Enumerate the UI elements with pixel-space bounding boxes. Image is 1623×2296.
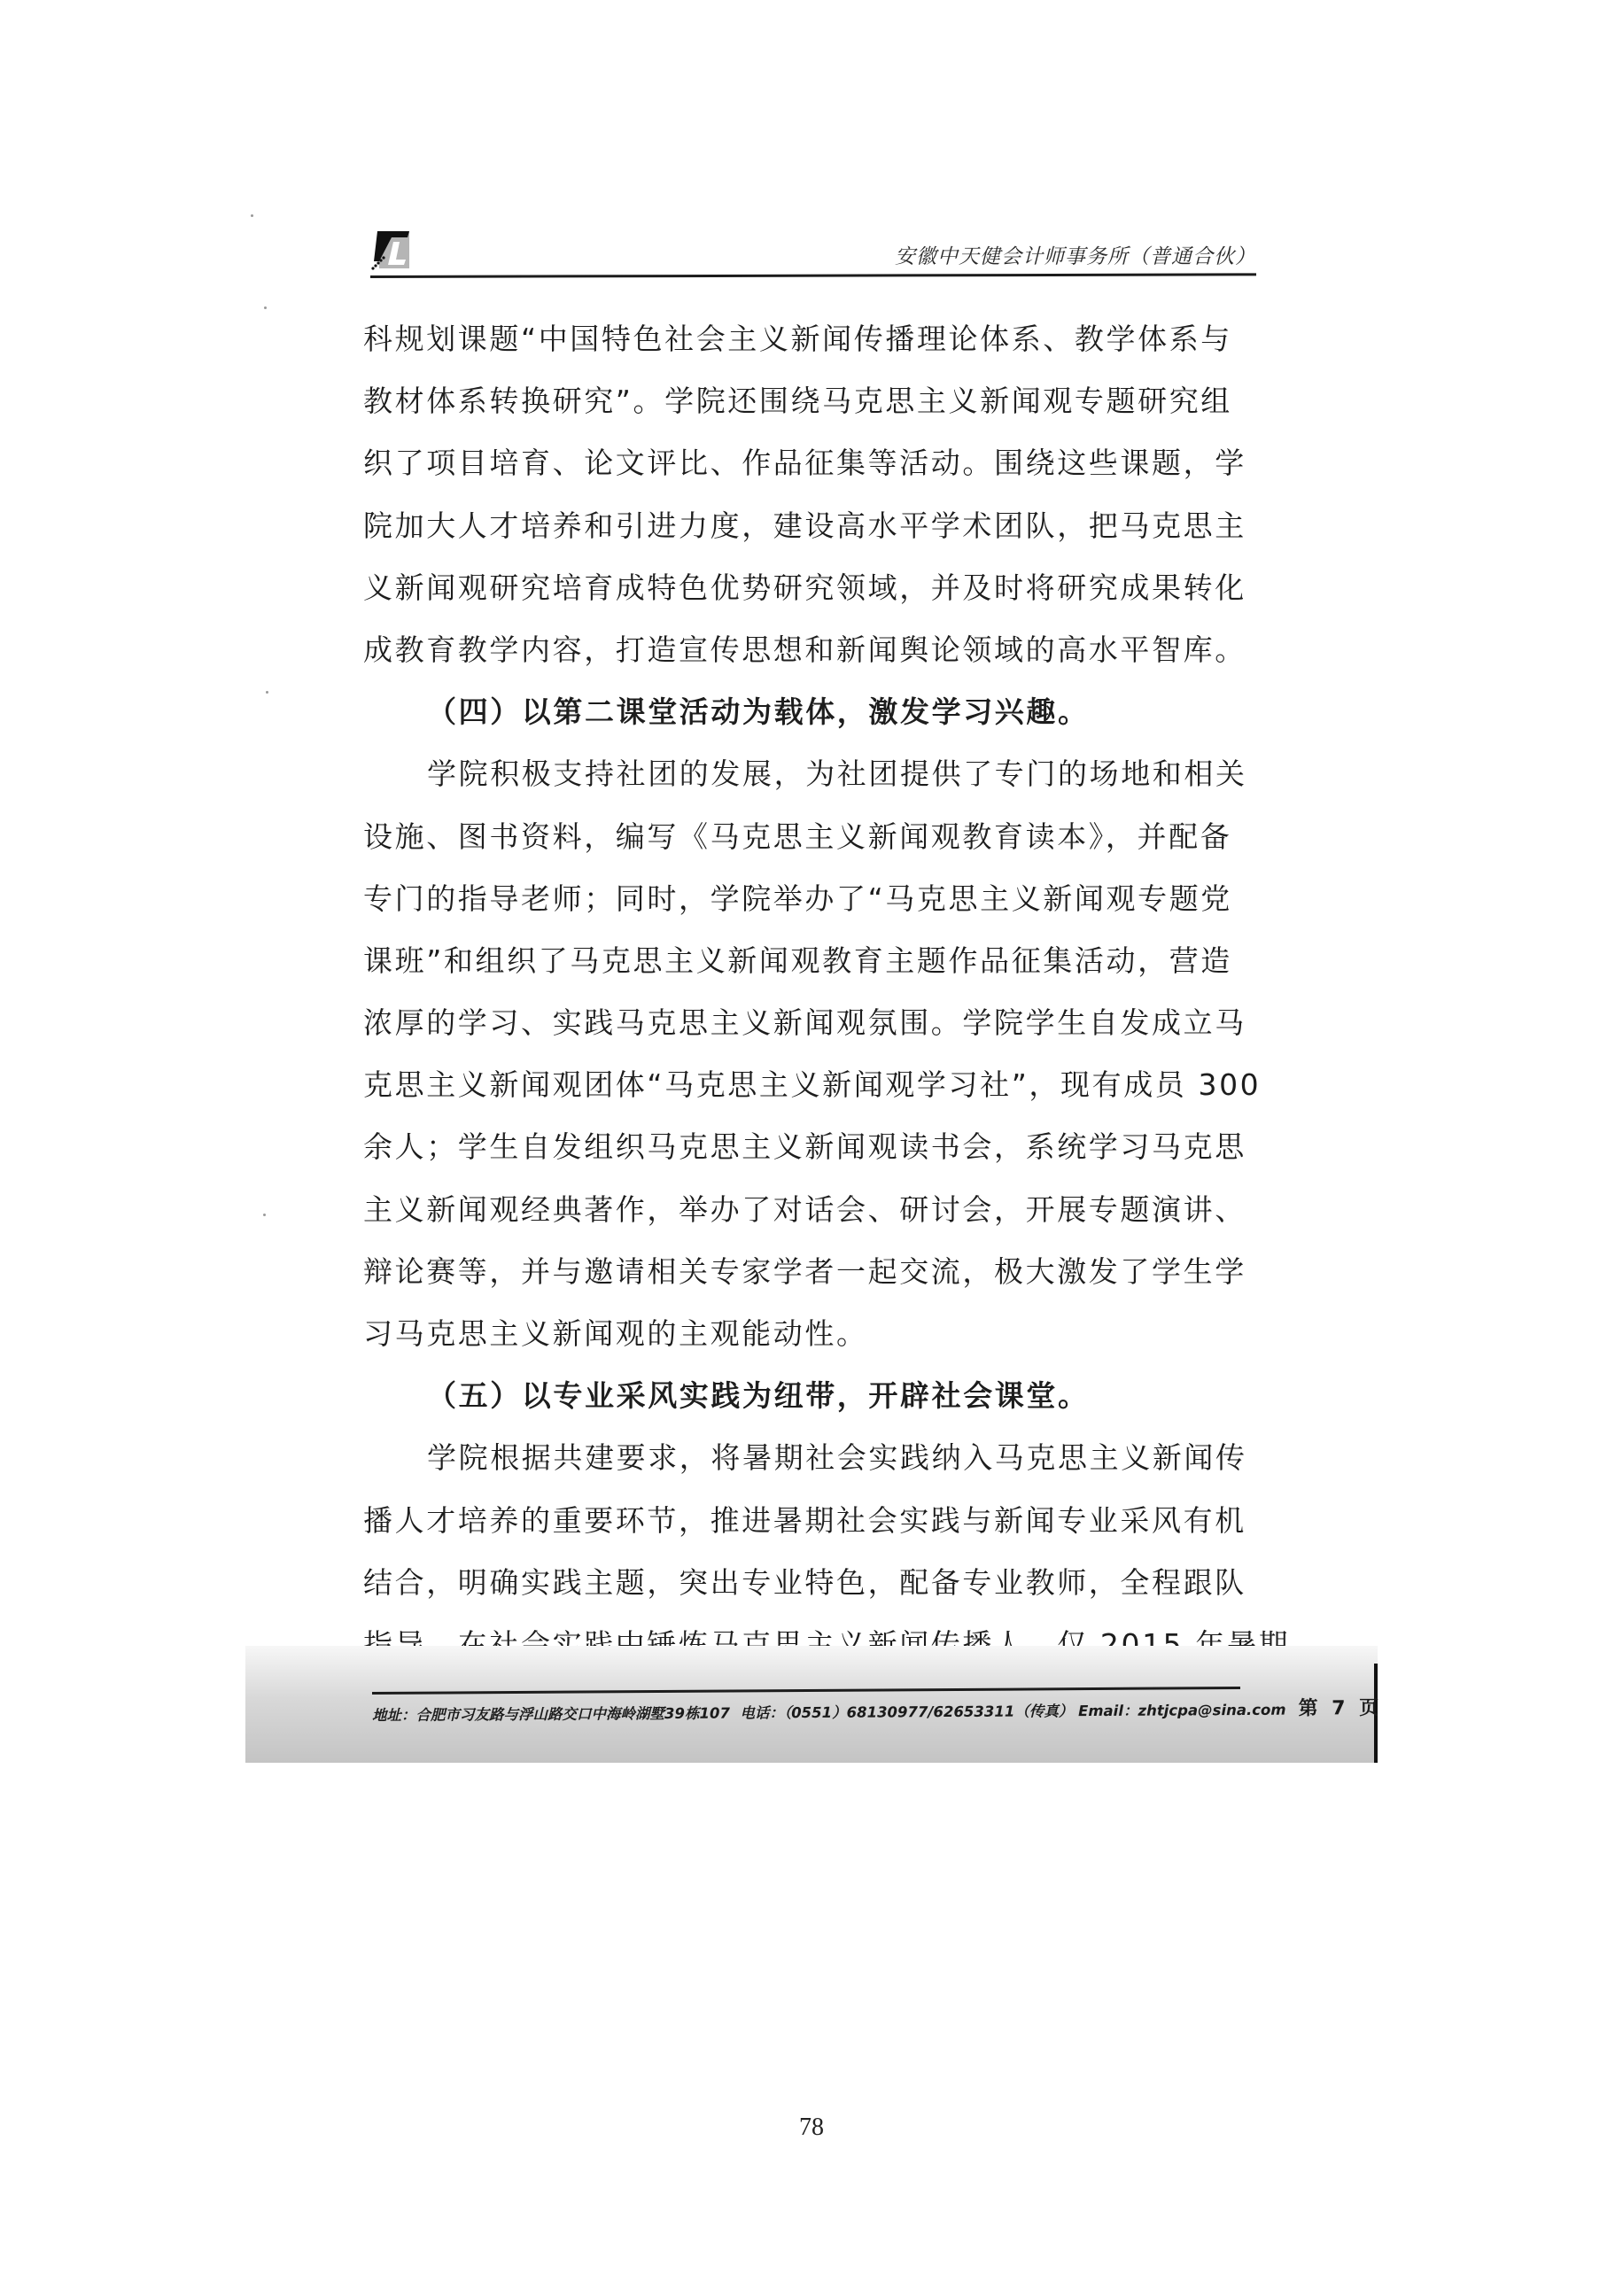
page-number: 78 [0, 2114, 1623, 2142]
email-label: Email： [1078, 1703, 1138, 1719]
section-heading-5: （五）以专业采风实践为纽带，开辟社会课堂。 [363, 1365, 1258, 1427]
letterhead: 安徽中天健会计师事务所（普通合伙） [370, 226, 1256, 279]
body-line: 余人；学生自发组织马克思主义新闻观读书会，系统学习马克思 [363, 1116, 1258, 1178]
scan-speck [264, 306, 267, 309]
phone: （0551）68130977/62653311（传真） [784, 1703, 1074, 1721]
zhongtianjian-logo-icon [370, 229, 411, 270]
address-label: 地址： [372, 1707, 416, 1724]
body-line: 浓厚的学习、实践马克思主义新闻观氛围。学院学生自发成立马 [363, 992, 1258, 1054]
body-line: 科规划课题“中国特色社会主义新闻传播理论体系、教学体系与 [363, 308, 1258, 370]
body-line: 习马克思主义新闻观的主观能动性。 [363, 1303, 1258, 1365]
body-line: 结合，明确实践主题，突出专业特色，配备专业教师，全程跟队 [363, 1552, 1258, 1614]
paragraph-start: 学院积极支持社团的发展，为社团提供了专门的场地和相关 [363, 743, 1258, 805]
body-line: 成教育教学内容，打造宣传思想和新闻舆论领域的高水平智库。 [363, 619, 1258, 681]
address: 合肥市习友路与浮山路交口中海岭湖墅39栋107 [415, 1705, 730, 1724]
body-line: 课班”和组织了马克思主义新闻观教育主题作品征集活动，营造 [363, 930, 1258, 992]
body-line: 播人才培养的重要环节，推进暑期社会实践与新闻专业采风有机 [363, 1490, 1258, 1552]
paragraph-start: 学院根据共建要求，将暑期社会实践纳入马克思主义新闻传 [363, 1427, 1258, 1489]
scan-speck [251, 214, 253, 217]
body-line: 设施、图书资料，编写《马克思主义新闻观教育读本》，并配备 [363, 806, 1258, 868]
body-line: 专门的指导老师；同时，学院举办了“马克思主义新闻观专题党 [363, 868, 1258, 930]
document-body: 科规划课题“中国特色社会主义新闻传播理论体系、教学体系与 教材体系转换研究”。学… [363, 308, 1258, 1676]
body-line: 教材体系转换研究”。学院还围绕马克思主义新闻观专题研究组 [363, 370, 1258, 432]
body-line: 织了项目培育、论文评比、作品征集等活动。围绕这些课题，学 [363, 432, 1258, 494]
email: zhtjcpa@sina.com [1138, 1702, 1285, 1719]
firm-name: 安徽中天健会计师事务所（普通合伙） [895, 240, 1256, 269]
scan-speck [266, 691, 268, 694]
body-line: 主义新闻观经典著作，举办了对话会、研讨会，开展专题演讲、 [363, 1179, 1258, 1241]
footer-page-label: 第 7 页 [1298, 1697, 1382, 1720]
body-line: 辩论赛等，并与邀请相关专家学者一起交流，极大激发了学生学 [363, 1241, 1258, 1303]
phone-label: 电话： [740, 1704, 784, 1721]
body-line: 义新闻观研究培育成特色优势研究领域，并及时将研究成果转化 [363, 557, 1258, 619]
section-heading-4: （四）以第二课堂活动为载体，激发学习兴趣。 [363, 681, 1258, 743]
body-line: 院加大人才培养和引进力度，建设高水平学术团队，把马克思主 [363, 495, 1258, 557]
scan-speck [263, 1214, 266, 1216]
body-line: 克思主义新闻观团体“马克思主义新闻观学习社”，现有成员 300 [363, 1054, 1258, 1116]
